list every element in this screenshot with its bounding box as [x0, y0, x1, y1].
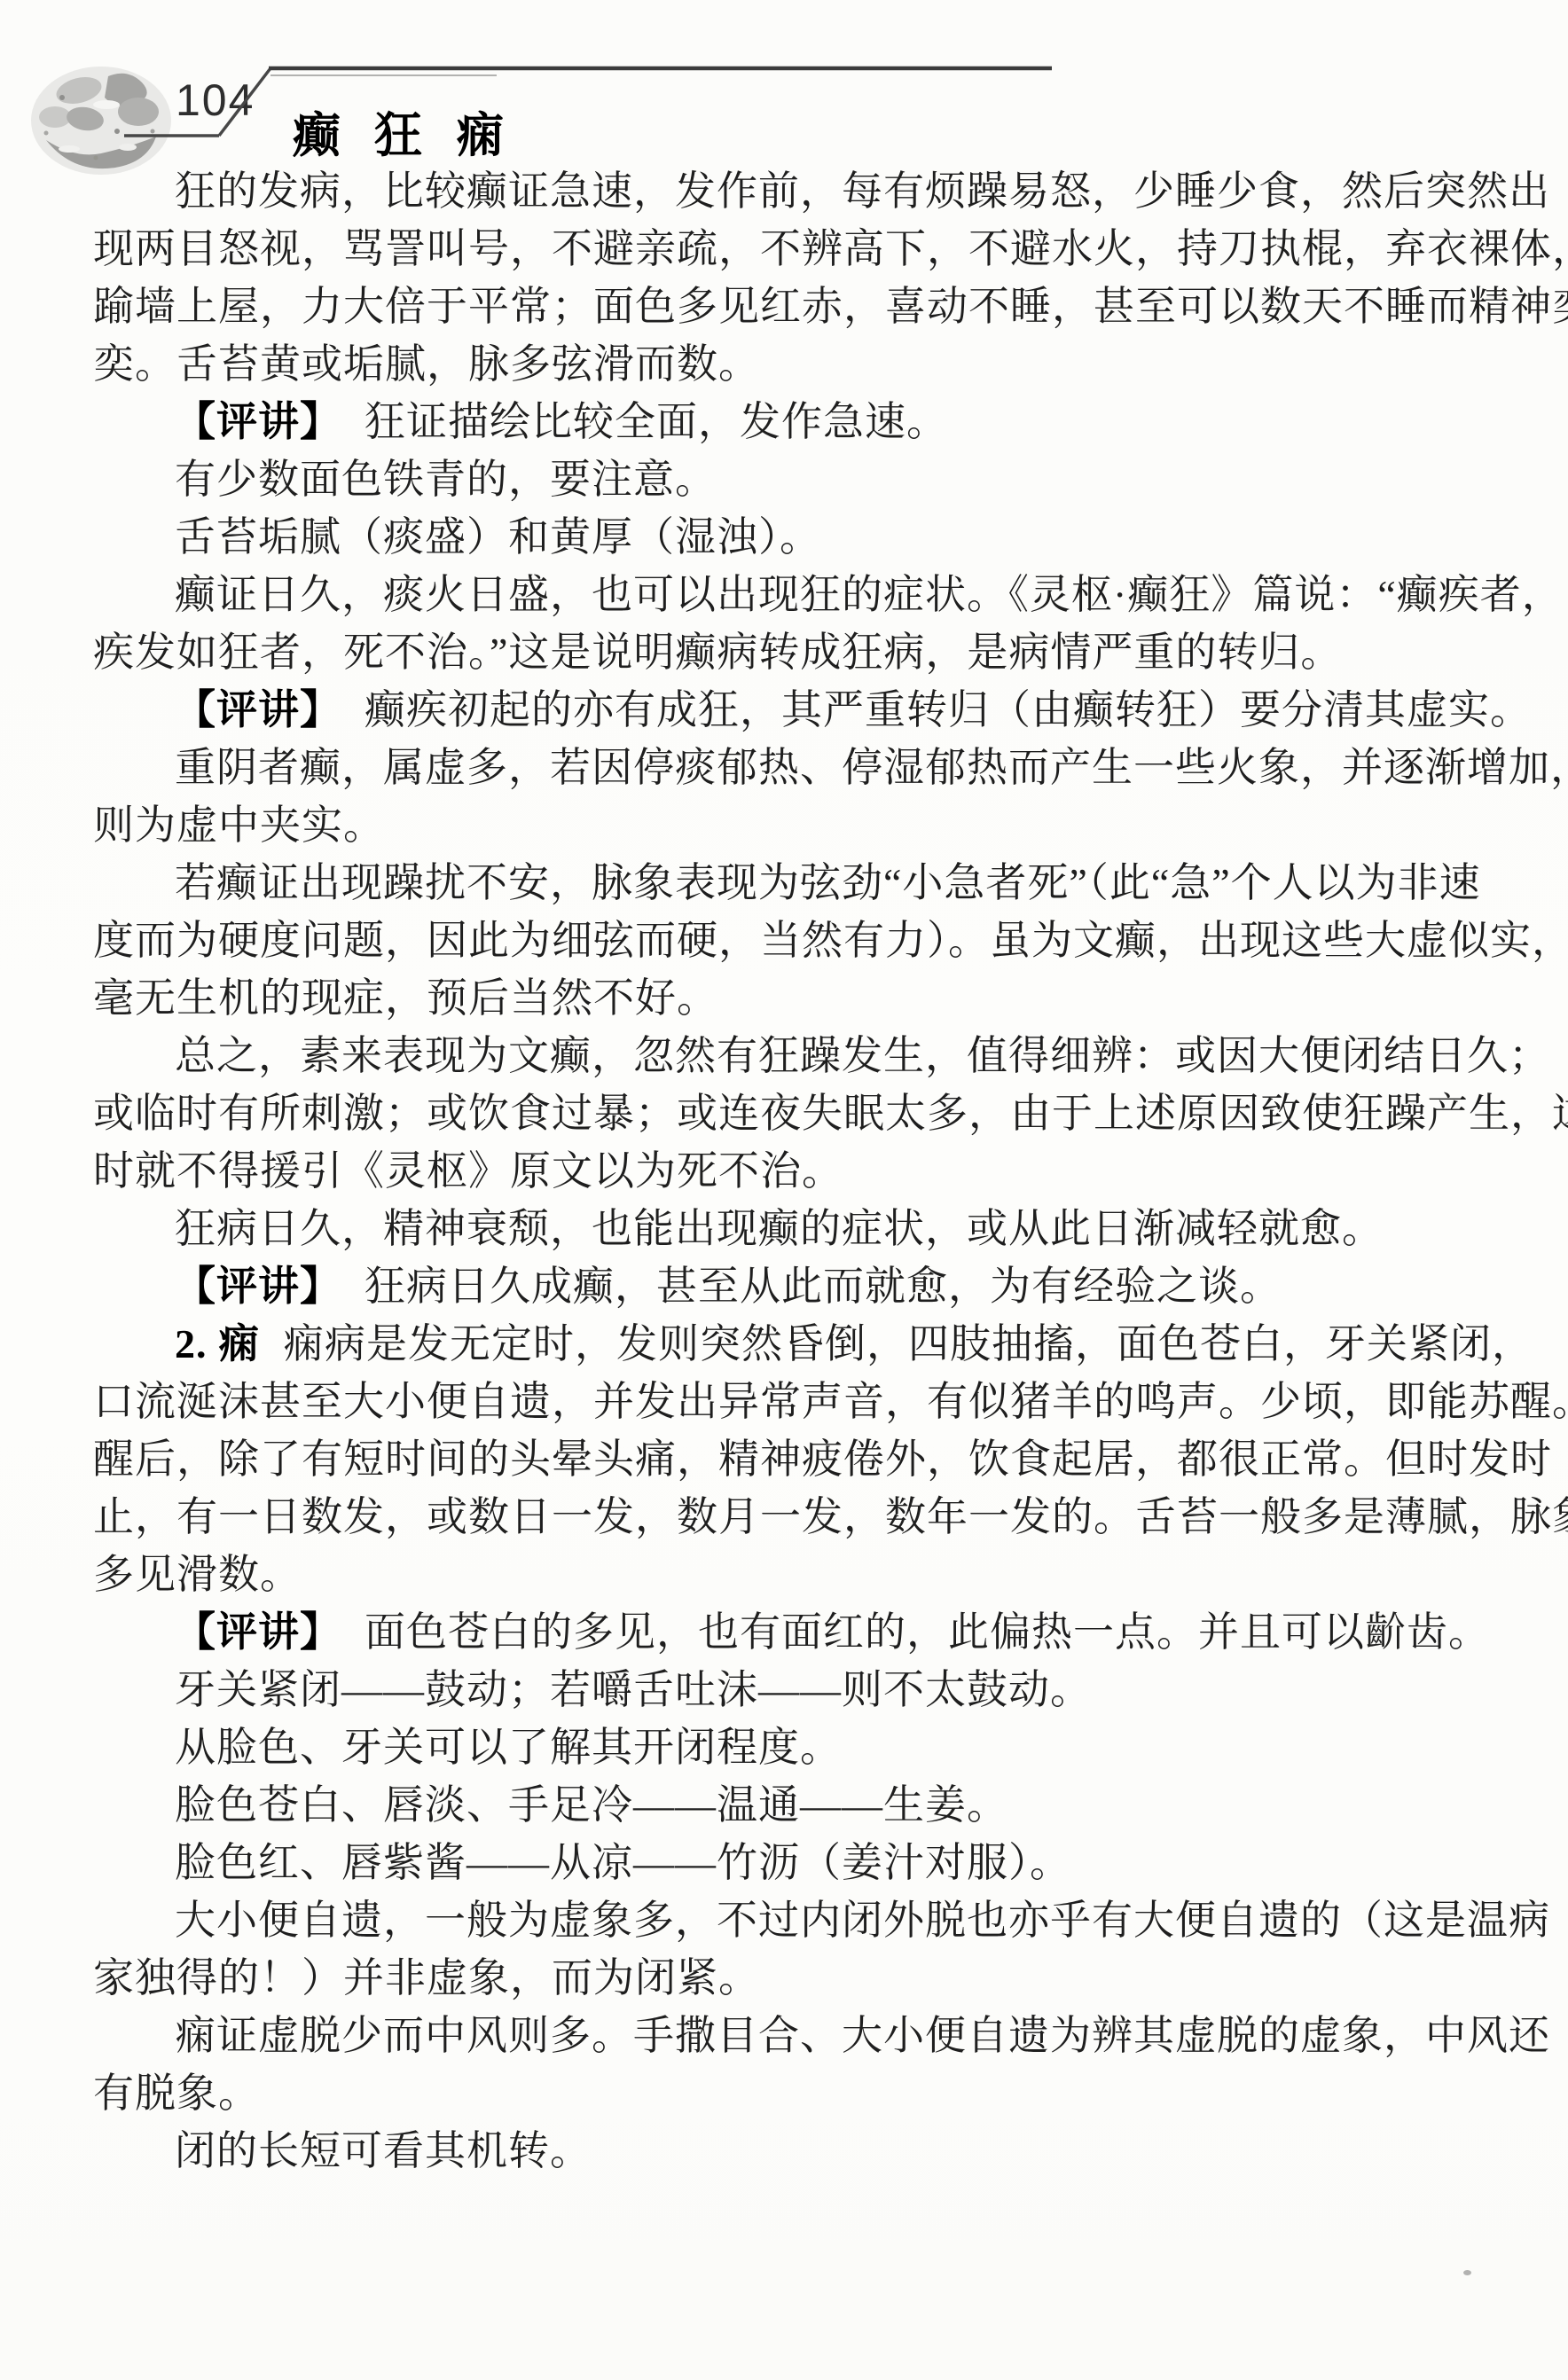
line-text: 有脱象。	[93, 2071, 260, 2116]
text-line: 家独得的！）并非虚象，而为闭紧。	[93, 1949, 1494, 2007]
text-line: 毫无生机的现症，预后当然不好。	[93, 969, 1494, 1027]
line-text: 重阴者癫，属虚多，若因停痰郁热、停湿郁热而产生一些火象，并逐渐增加，	[175, 745, 1568, 790]
line-text: 狂证描绘比较全面，发作急速。	[365, 399, 948, 444]
line-text: 或临时有所刺激；或饮食过暴；或连夜失眠太多，由于上述原因致使狂躁产生，这	[93, 1091, 1568, 1136]
line-text: 有少数面色铁青的，要注意。	[175, 457, 717, 502]
ink-splash-stamp-icon	[30, 66, 174, 177]
text-line: 多见滑数。	[93, 1546, 1494, 1603]
line-text: 多见滑数。	[93, 1552, 302, 1597]
page-number: 104	[176, 74, 255, 126]
text-line: 脸色红、唇紫酱——从凉——竹沥（姜汁对服）。	[93, 1834, 1494, 1891]
text-line: 醒后，除了有短时间的头晕头痛，精神疲倦外，饮食起居，都很正常。但时发时	[93, 1430, 1494, 1488]
text-line: 牙关紧闭——鼓动；若嚼舌吐沫——则不太鼓动。	[93, 1661, 1494, 1718]
line-text: 时就不得援引《灵枢》原文以为死不治。	[93, 1148, 843, 1194]
text-line: 奕。舌苔黄或垢腻，脉多弦滑而数。	[93, 335, 1494, 393]
text-line: 则为虚中夹实。	[93, 796, 1494, 854]
line-text: 度而为硬度问题，因此为细弦而硬，当然有力）。虽为文癫，出现这些大虚似实，	[93, 918, 1568, 963]
text-line: 脸色苍白、唇淡、手足冷——温通——生姜。	[93, 1776, 1494, 1834]
book-page: 104 癫狂痫 狂的发病，比较癫证急速，发作前，每有烦躁易怒，少睡少食，然后突然…	[0, 0, 1568, 2380]
line-text: 踰墙上屋，力大倍于平常；面色多见红赤，喜动不睡，甚至可以数天不睡而精神奕	[93, 284, 1568, 329]
line-text: 家独得的！）并非虚象，而为闭紧。	[93, 1955, 760, 2000]
line-text: 痫证虚脱少而中风则多。手撒目合、大小便自遗为辨其虚脱的虚象，中风还	[175, 2013, 1550, 2058]
line-text: 疾发如狂者，死不治。”这是说明癫病转成狂病，是病情严重的转归。	[93, 630, 1342, 675]
page-body: 狂的发病，比较癫证急速，发作前，每有烦躁易怒，少睡少食，然后突然出现两目怒视，骂…	[93, 162, 1494, 2180]
line-text: 牙关紧闭——鼓动；若嚼舌吐沫——则不太鼓动。	[175, 1667, 1092, 1712]
text-line: 从脸色、牙关可以了解其开闭程度。	[93, 1718, 1494, 1776]
text-line: 痫证虚脱少而中风则多。手撒目合、大小便自遗为辨其虚脱的虚象，中风还	[93, 2007, 1494, 2064]
text-line: 狂的发病，比较癫证急速，发作前，每有烦躁易怒，少睡少食，然后突然出	[93, 162, 1494, 220]
line-text: 闭的长短可看其机转。	[175, 2128, 592, 2173]
text-line: 舌苔垢腻（痰盛）和黄厚（湿浊）。	[93, 508, 1494, 566]
text-line: 有少数面色铁青的，要注意。	[93, 450, 1494, 508]
line-text: 脸色苍白、唇淡、手足冷——温通——生姜。	[175, 1782, 1008, 1828]
text-line: 【评讲】面色苍白的多见，也有面红的，此偏热一点。并且可以齘齿。	[93, 1603, 1494, 1661]
text-line: 重阴者癫，属虚多，若因停痰郁热、停湿郁热而产生一些火象，并逐渐增加，	[93, 739, 1494, 796]
line-text: 毫无生机的现症，预后当然不好。	[93, 975, 718, 1021]
text-line: 大小便自遗，一般为虚象多，不过内闭外脱也亦乎有大便自遗的（这是温病	[93, 1891, 1494, 1949]
text-line: 时就不得援引《灵枢》原文以为死不治。	[93, 1142, 1494, 1200]
line-text: 若癫证出现躁扰不安，脉象表现为弦劲“小急者死”（此“急”个人以为非速	[175, 860, 1481, 905]
text-line: 癫证日久，痰火日盛，也可以出现狂的症状。《灵枢·癫狂》篇说：“癫疾者，	[93, 566, 1494, 623]
text-line: 或临时有所刺激；或饮食过暴；或连夜失眠太多，由于上述原因致使狂躁产生，这	[93, 1084, 1494, 1142]
line-text: 大小便自遗，一般为虚象多，不过内闭外脱也亦乎有大便自遗的（这是温病	[175, 1898, 1550, 1943]
text-line: 止，有一日数发，或数日一发，数月一发，数年一发的。舌苔一般多是薄腻，脉象	[93, 1488, 1494, 1546]
line-text: 脸色红、唇紫酱——从凉——竹沥（姜汁对服）。	[175, 1840, 1071, 1885]
line-text: 止，有一日数发，或数日一发，数月一发，数年一发的。舌苔一般多是薄腻，脉象	[93, 1494, 1568, 1539]
line-text: 狂病日久成癫，甚至从此而就愈，为有经验之谈。	[365, 1264, 1282, 1309]
text-line: 踰墙上屋，力大倍于平常；面色多见红赤，喜动不睡，甚至可以数天不睡而精神奕	[93, 278, 1494, 335]
text-line: 2. 痫痫病是发无定时，发则突然昏倒，四肢抽搐，面色苍白，牙关紧闭，	[93, 1315, 1494, 1373]
text-line: 狂病日久，精神衰颓，也能出现癫的症状，或从此日渐减轻就愈。	[93, 1200, 1494, 1257]
line-text: 痫病是发无定时，发则突然昏倒，四肢抽搐，面色苍白，牙关紧闭，	[283, 1321, 1533, 1366]
line-text: 奕。舌苔黄或垢腻，脉多弦滑而数。	[93, 341, 760, 387]
text-line: 闭的长短可看其机转。	[93, 2122, 1494, 2180]
paragraph-marker: 【评讲】	[175, 1264, 341, 1309]
line-text: 醒后，除了有短时间的头晕头痛，精神疲倦外，饮食起居，都很正常。但时发时	[93, 1437, 1552, 1482]
line-text: 狂的发病，比较癫证急速，发作前，每有烦躁易怒，少睡少食，然后突然出	[175, 168, 1550, 214]
text-line: 度而为硬度问题，因此为细弦而硬，当然有力）。虽为文癫，出现这些大虚似实，	[93, 912, 1494, 969]
line-text: 从脸色、牙关可以了解其开闭程度。	[175, 1725, 842, 1770]
line-text: 舌苔垢腻（痰盛）和黄厚（湿浊）。	[175, 514, 821, 560]
paragraph-marker: 【评讲】	[175, 1609, 341, 1655]
text-line: 【评讲】狂证描绘比较全面，发作急速。	[93, 393, 1494, 450]
chapter-title: 癫狂痫	[293, 98, 537, 166]
line-text: 狂病日久，精神衰颓，也能出现癫的症状，或从此日渐减轻就愈。	[175, 1206, 1384, 1251]
text-line: 【评讲】癫疾初起的亦有成狂，其严重转归（由癫转狂）要分清其虚实。	[93, 681, 1494, 739]
text-line: 现两目怒视，骂詈叫号，不避亲疏，不辨高下，不避水火，持刀执棍，弃衣裸体，	[93, 220, 1494, 278]
line-text: 现两目怒视，骂詈叫号，不避亲疏，不辨高下，不避水火，持刀执棍，弃衣裸体，	[93, 226, 1568, 271]
scan-speck	[1463, 2270, 1471, 2275]
text-line: 若癫证出现躁扰不安，脉象表现为弦劲“小急者死”（此“急”个人以为非速	[93, 854, 1494, 912]
text-line: 口流涎沫甚至大小便自遗，并发出异常声音，有似猪羊的鸣声。少顷，即能苏醒。	[93, 1373, 1494, 1430]
line-text: 总之，素来表现为文癫，忽然有狂躁发生，值得细辨：或因大便闭结日久；	[175, 1033, 1550, 1078]
line-text: 癫疾初起的亦有成狂，其严重转归（由癫转狂）要分清其虚实。	[365, 687, 1532, 732]
line-text: 面色苍白的多见，也有面红的，此偏热一点。并且可以齘齿。	[365, 1609, 1490, 1655]
text-line: 疾发如狂者，死不治。”这是说明癫病转成狂病，是病情严重的转归。	[93, 623, 1494, 681]
line-text: 则为虚中夹实。	[93, 802, 385, 848]
text-line: 总之，素来表现为文癫，忽然有狂躁发生，值得细辨：或因大便闭结日久；	[93, 1027, 1494, 1084]
paragraph-marker: 2. 痫	[175, 1321, 260, 1366]
line-text: 口流涎沫甚至大小便自遗，并发出异常声音，有似猪羊的鸣声。少顷，即能苏醒。	[93, 1379, 1568, 1424]
text-line: 有脱象。	[93, 2064, 1494, 2122]
line-text: 癫证日久，痰火日盛，也可以出现狂的症状。《灵枢·癫狂》篇说：“癫疾者，	[175, 572, 1564, 617]
paragraph-marker: 【评讲】	[175, 687, 341, 732]
text-line: 【评讲】狂病日久成癫，甚至从此而就愈，为有经验之谈。	[93, 1257, 1494, 1315]
paragraph-marker: 【评讲】	[175, 399, 341, 444]
